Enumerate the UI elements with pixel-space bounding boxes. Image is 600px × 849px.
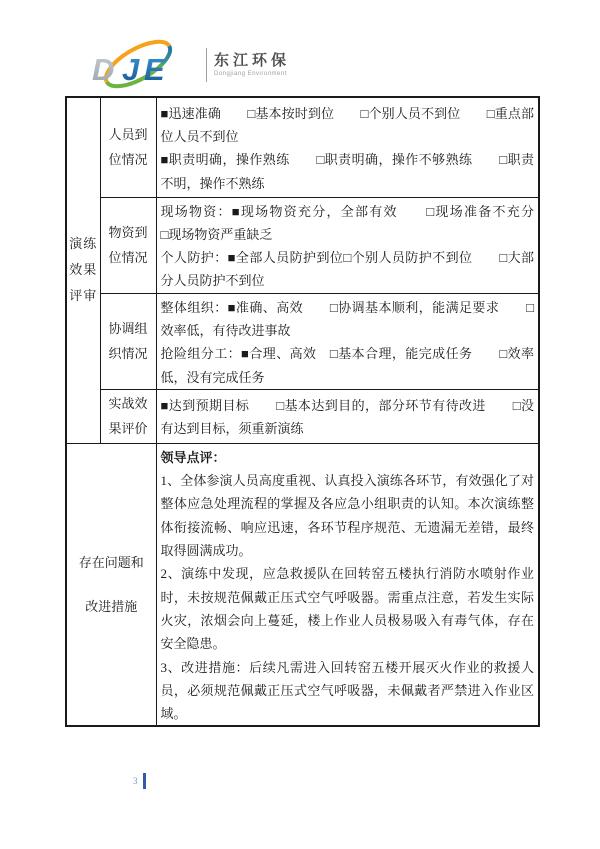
section-label-drill-effect-review: 演练 效果 评审 bbox=[66, 97, 100, 443]
section-label-line: 演练 bbox=[67, 231, 100, 257]
section-label-line: 效果 bbox=[67, 257, 100, 283]
logo-divider bbox=[206, 48, 207, 82]
row-label-problems-improvements: 存在问题和 改进措施 bbox=[66, 443, 156, 726]
page-footer: 3 bbox=[133, 773, 146, 789]
cell-leader-comments: 领导点评： 1、全体参演人员高度重视、认真投入演练各环节，有效强化了对整体应急处… bbox=[156, 443, 539, 726]
option-group: 抢险组分工：■合理、高效 □基本合理，能完成任务 □效率低，没有完成任务 bbox=[161, 342, 535, 389]
logo-letter-e: E bbox=[144, 52, 166, 87]
option-group: 整体组织：■准确、高效 □协调基本顺利，能满足要求 □效率低，有待改进事故 bbox=[161, 296, 535, 343]
logo-letter-j: J bbox=[122, 52, 140, 87]
section-label-line: 评审 bbox=[67, 283, 100, 309]
company-name-en: Dongjiang Environment bbox=[214, 70, 290, 78]
row-label-coordination: 协调组织情况 bbox=[100, 293, 156, 389]
option-group: 现场物资：■现场物资充分，全部有效 □现场准备不充分 □现场物资严重缺乏 bbox=[161, 200, 535, 247]
row-label-effect-evaluation: 实战效果评价 bbox=[100, 389, 156, 443]
drill-review-table: 演练 效果 评审 人员到位情况 ■迅速准确 □基本按时到位 □个别人员不到位 □… bbox=[65, 96, 540, 727]
option-group: ■迅速准确 □基本按时到位 □个别人员不到位 □重点部位人员不到位 bbox=[161, 102, 535, 149]
cell-effect-options: ■达到预期目标 □基本达到目的，部分环节有待改进 □没有达到目标，须重新演练 bbox=[156, 389, 539, 443]
option-group: ■达到预期目标 □基本达到目的，部分环节有待改进 □没有达到目标，须重新演练 bbox=[161, 394, 535, 441]
cell-coordination-options: 整体组织：■准确、高效 □协调基本顺利，能满足要求 □效率低，有待改进事故 抢险… bbox=[156, 293, 539, 389]
logo-letter-d: D bbox=[92, 52, 114, 87]
caret-marker-icon bbox=[143, 773, 146, 789]
problems-label-line: 改进措施 bbox=[67, 596, 156, 618]
problems-label-line: 存在问题和 bbox=[67, 552, 156, 574]
row-label-personnel: 人员到位情况 bbox=[100, 97, 156, 197]
cell-personnel-options: ■迅速准确 □基本按时到位 □个别人员不到位 □重点部位人员不到位 ■职责明确，… bbox=[156, 97, 539, 197]
leader-comment-paragraph: 2、演练中发现，应急救援队在回转窑五楼执行消防水喷射作业时，未按规范佩戴正压式空… bbox=[161, 562, 535, 655]
leader-comment-paragraph: 3、改进措施：后续凡需进入回转窑五楼开展灭火作业的救援人员，必须规范佩戴正压式空… bbox=[161, 656, 535, 726]
option-group: ■职责明确，操作熟练 □职责明确，操作不够熟练 □职责不明，操作不熟练 bbox=[161, 148, 535, 195]
company-name-cn: 东江环保 bbox=[214, 52, 290, 70]
page-number: 3 bbox=[133, 776, 138, 786]
company-logo: D J E 东江环保 Dongjiang Environment bbox=[86, 38, 290, 92]
option-group: 个人防护：■全部人员防护到位□个别人员防护不到位 □大部分人员防护不到位 bbox=[161, 246, 535, 293]
leader-comment-title: 领导点评： bbox=[161, 446, 535, 469]
dje-logo-icon: D J E bbox=[86, 38, 204, 92]
row-label-materials: 物资到位情况 bbox=[100, 197, 156, 293]
cell-materials-options: 现场物资：■现场物资充分，全部有效 □现场准备不充分 □现场物资严重缺乏 个人防… bbox=[156, 197, 539, 293]
document-page: D J E 东江环保 Dongjiang Environment 演练 效果 评… bbox=[0, 0, 600, 849]
leader-comment-paragraph: 1、全体参演人员高度重视、认真投入演练各环节，有效强化了对整体应急处理流程的掌握… bbox=[161, 469, 535, 562]
